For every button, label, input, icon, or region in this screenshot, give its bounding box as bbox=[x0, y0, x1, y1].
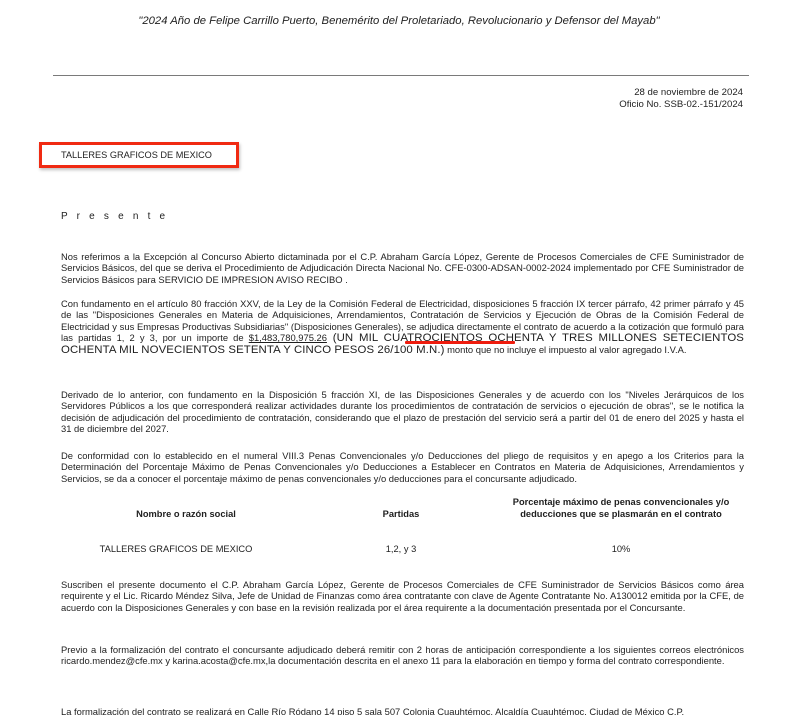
red-annotation-underline bbox=[405, 341, 515, 344]
contract-amount: $1,483,780,975.26 bbox=[249, 332, 327, 343]
paragraph-adjudication: Con fundamento en el artículo 80 fracció… bbox=[61, 298, 744, 356]
table-cell-partidas: 1,2, y 3 bbox=[351, 544, 451, 554]
table-cell-percentage: 10% bbox=[501, 544, 741, 554]
header-divider bbox=[53, 75, 749, 76]
recipient-name: TALLERES GRAFICOS DE MEXICO bbox=[61, 150, 212, 160]
paragraph-penalties: De conformidad con lo establecido en el … bbox=[61, 450, 744, 484]
paragraph-notification: Derivado de lo anterior, con fundamento … bbox=[61, 389, 744, 434]
salutation: P r e s e n t e bbox=[61, 211, 168, 222]
paragraph-formalization: La formalización del contrato se realiza… bbox=[61, 706, 744, 715]
oficio-number: Oficio No. SSB-02.-151/2024 bbox=[619, 99, 743, 111]
paragraph-submission: Previo a la formalización del contrato e… bbox=[61, 644, 744, 667]
date-block: 28 de noviembre de 2024 Oficio No. SSB-0… bbox=[619, 87, 743, 111]
table-header-percentage: Porcentaje máximo de penas convencionale… bbox=[501, 497, 741, 520]
adjudication-text-end: monto que no incluye el impuesto al valo… bbox=[444, 344, 686, 355]
paragraph-reference: Nos referimos a la Excepción al Concurso… bbox=[61, 251, 744, 285]
table-header-name: Nombre o razón social bbox=[61, 509, 311, 521]
paragraph-signatories: Suscriben el presente documento el C.P. … bbox=[61, 579, 744, 613]
document-date: 28 de noviembre de 2024 bbox=[619, 87, 743, 99]
table-cell-name: TALLERES GRAFICOS DE MEXICO bbox=[61, 544, 291, 554]
institutional-motto: "2024 Año de Felipe Carrillo Puerto, Ben… bbox=[0, 15, 798, 27]
table-header-partidas: Partidas bbox=[351, 509, 451, 521]
